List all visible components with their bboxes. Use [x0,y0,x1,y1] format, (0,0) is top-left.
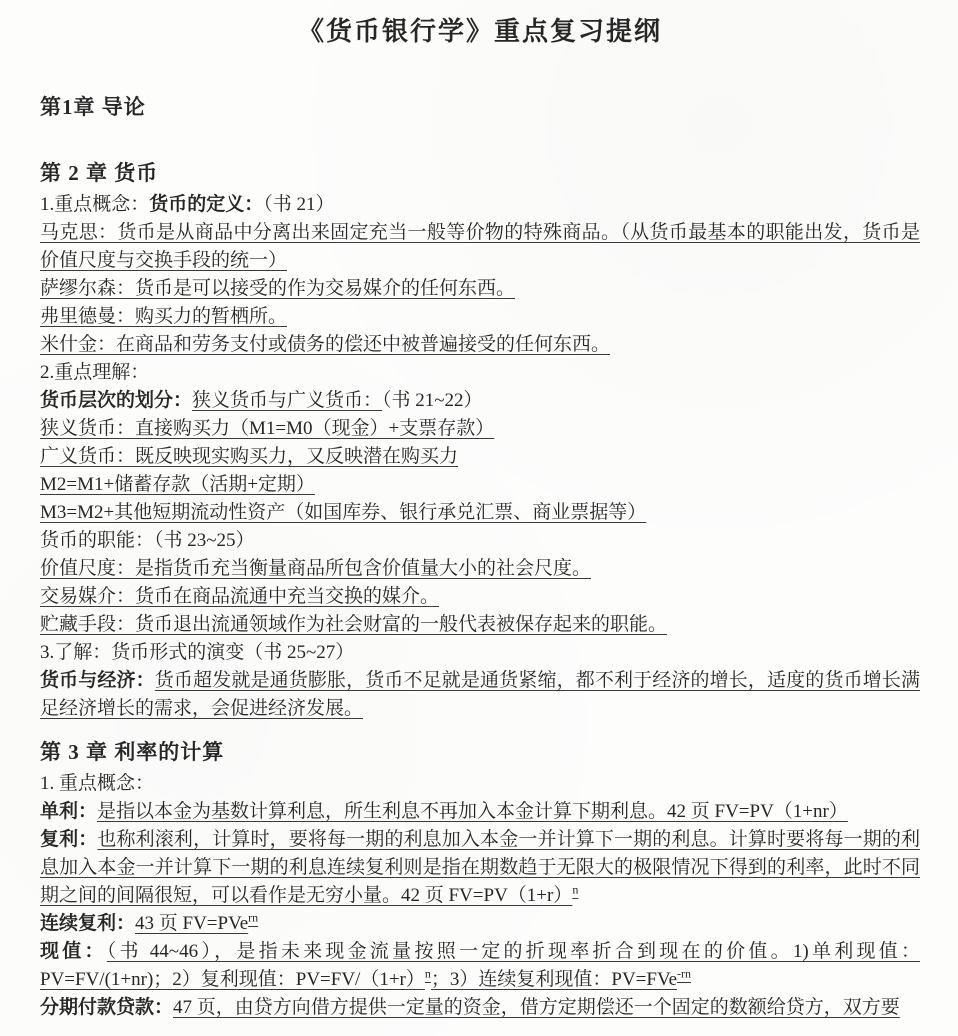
text-segment: ；3）连续复利现值：PV=FVe [431,969,677,990]
value-scale-line: 价值尺度：是指货币充当衡量商品所包含价值量大小的社会尺度。 [40,555,920,583]
text-segment: 交易媒介：货币在商品流通中充当交换的媒介。 [40,586,439,607]
text-segment: 货币的定义： [149,194,263,215]
text-segment: 现值： [40,941,107,962]
money-functions-line: 货币的职能：（书 23~25） [40,527,920,555]
text-segment: 也称利滚利，计算时，要将每一期的利息加入本金一并计算下一期的利息。计算时要将每一… [40,829,920,906]
text-segment: 单利： [40,801,97,822]
money-economy-line: 货币与经济：货币超发就是通货膨胀，货币不足就是通货紧缩，都不利于经济的增长，适度… [40,667,920,723]
friedman-definition-line: 弗里德曼：购买力的暂栖所。 [40,303,920,331]
text-segment: 43 页 FV=PVe [135,913,248,934]
text-segment: 3.了解：货币形式的演变（书 25~27） [40,642,354,663]
text-segment: 第1章 导论 [40,95,146,119]
simple-interest-line: 单利：是指以本金为基数计算利息，所生利息不再加入本金计算下期利息。42 页 FV… [40,798,920,826]
money-forms-line: 3.了解：货币形式的演变（书 25~27） [40,639,920,667]
text-segment: 弗里德曼：购买力的暂栖所。 [40,306,287,327]
chapter-3-heading: 第 3 章 利率的计算 [40,737,920,767]
text-segment: 货币与经济： [40,670,155,691]
continuous-compound-line: 连续复利：43 页 FV=PVern [40,910,920,938]
marx-definition-line: 马克思：货币是从商品中分离出来固定充当一般等价物的特殊商品。（从货币最基本的职能… [40,219,920,275]
text-segment: 2.重点理解： [40,362,149,383]
key-understanding-line: 2.重点理解： [40,359,920,387]
text-segment: 复利： [40,829,97,850]
text-segment: 货币超发就是通货膨胀，货币不足就是通货紧缩，都不利于经济的增长，适度的货币增长满… [40,670,920,719]
text-segment: 狭义货币：直接购买力（M1=M0（现金）+支票存款） [40,418,494,439]
text-segment: M3=M2+其他短期流动性资产（如国库券、银行承兑汇票、商业票据等） [40,502,646,523]
compound-interest-line: 复利：也称利滚利，计算时，要将每一期的利息加入本金一并计算下一期的利息。计算时要… [40,826,920,910]
m3-line: M3=M2+其他短期流动性资产（如国库券、银行承兑汇票、商业票据等） [40,499,920,527]
document-title: 《货币银行学》重点复习提纲 [40,14,920,50]
exchange-medium-line: 交易媒介：货币在商品流通中充当交换的媒介。 [40,583,920,611]
text-segment: （书 21~22） [382,390,483,411]
text-segment: 贮藏手段：货币退出流通领域作为社会财富的一般代表被保存起来的职能。 [40,614,667,635]
text-segment: （书 21） [263,194,334,215]
chapter-2-heading: 第 2 章 货币 [40,158,920,188]
text-segment: 狭义货币与广义货币： [192,390,382,411]
text-segment: 47 页，由贷方向借方提供一定量的资金，借方定期偿还一个固定的数额给贷方，双方要 [173,997,900,1018]
document-page: 《货币银行学》重点复习提纲 第1章 导论第 2 章 货币1.重点概念：货币的定义… [0,0,958,1036]
text-segment: -rn [677,967,691,981]
key-concepts-line: 1.重点概念：货币的定义：（书 21） [40,191,920,219]
chapter-1-heading: 第1章 导论 [40,92,920,122]
text-segment: 1. 重点概念： [40,773,154,794]
text-segment: 第 2 章 货币 [40,161,158,185]
text-segment: M2=M1+储蓄存款（活期+定期） [40,474,315,495]
installment-loan-line: 分期付款贷款：47 页，由贷方向借方提供一定量的资金，借方定期偿还一个固定的数额… [40,994,920,1022]
text-segment: 米什金：在商品和劳务支付或债务的偿还中被普遍接受的任何东西。 [40,334,610,355]
store-of-value-line: 贮藏手段：货币退出流通领域作为社会财富的一般代表被保存起来的职能。 [40,611,920,639]
text-segment: rn [248,911,258,925]
text-segment: n [572,883,578,897]
m2-line: M2=M1+储蓄存款（活期+定期） [40,471,920,499]
present-value-line: 现值：（书 44~46），是指未来现金流量按照一定的折现率折合到现在的价值。1)… [40,938,920,994]
text-segment: 广义货币：既反映现实购买力，又反映潜在购买力 [40,446,458,467]
money-layers-line: 货币层次的划分：狭义货币与广义货币：（书 21~22） [40,387,920,415]
document-body: 第1章 导论第 2 章 货币1.重点概念：货币的定义：（书 21）马克思：货币是… [40,92,920,1022]
text-segment: 分期付款贷款： [40,997,173,1018]
narrow-money-line: 狭义货币：直接购买力（M1=M0（现金）+支票存款） [40,415,920,443]
mishkin-definition-line: 米什金：在商品和劳务支付或债务的偿还中被普遍接受的任何东西。 [40,331,920,359]
text-segment: 连续复利： [40,913,135,934]
broad-money-line: 广义货币：既反映现实购买力，又反映潜在购买力 [40,443,920,471]
text-segment: 马克思：货币是从商品中分离出来固定充当一般等价物的特殊商品。（从货币最基本的职能… [40,222,920,271]
text-segment: 价值尺度：是指货币充当衡量商品所包含价值量大小的社会尺度。 [40,558,591,579]
text-segment: 货币的职能：（书 23~25） [40,530,255,551]
text-segment: 萨缪尔森：货币是可以接受的作为交易媒介的任何东西。 [40,278,515,299]
text-segment: 第 3 章 利率的计算 [40,740,224,764]
text-segment: 是指以本金为基数计算利息，所生利息不再加入本金计算下期利息。42 页 FV=PV… [97,801,848,822]
text-segment: 1.重点概念： [40,194,149,215]
samuelson-definition-line: 萨缪尔森：货币是可以接受的作为交易媒介的任何东西。 [40,275,920,303]
key-concepts-ch3-line: 1. 重点概念： [40,770,920,798]
text-segment: 货币层次的划分： [40,390,192,411]
